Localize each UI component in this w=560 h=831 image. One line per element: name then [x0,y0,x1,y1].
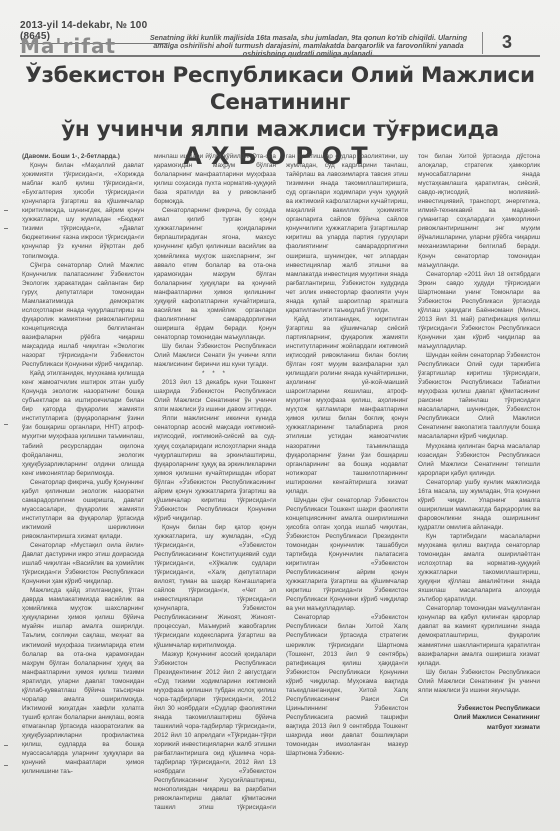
paragraph: Сенаторларнинг фикрича, бу соҳада амал қ… [154,206,276,342]
paragraph: Мазкур Қонуннинг асосий қоидалари Ўзбеки… [154,650,276,812]
paragraph: Сенаторлар «2011 йил 18 октябрдаги Эркин… [418,270,540,351]
signature-line-1: Ўзбекистон Республикаси [418,704,540,714]
article-column-3: ган тузатишлар судлар фаолиятини, шу жум… [286,152,408,812]
article-column-1: (Давоми. Боши 1-, 2-бетларда.) Қонун бил… [22,152,144,812]
paragraph: тон билан Хитой ўртасида дўстона алоқала… [418,152,540,270]
paragraph: Шу билан Ўзбекистон Республикаси Олий Ма… [154,342,276,369]
masthead-rule [20,55,540,57]
paragraph: Мажлисда қайд этилганидек, ўтган даврда … [22,586,144,776]
margin-mark [4,228,8,229]
paragraph: Сенаторлар ушбу кунлик мажлисида 16та ма… [418,478,540,532]
page-number: 3 [502,32,512,53]
paragraph: Кун тартибидаги масалаларни муҳокама қил… [418,532,540,604]
paragraph: Шундан сўнг сенаторлар Ўзбекистон Респуб… [286,496,408,614]
headline-line-2: ўн учинчи ялпи мажлиси тўғрисида [10,116,550,143]
paragraph: Муҳокама қилинган барча масалалар юзасид… [418,442,540,478]
newspaper-page: 2013-yil 14-dekabr, № 100 (8645) Ma'rifa… [0,0,560,831]
paragraph: Қонун билан бир қатор қонун ҳужжатларига… [154,523,276,650]
article-column-4: тон билан Хитой ўртасида дўстона алоқала… [418,152,540,812]
paragraph: Сенаторлар томонидан маъқулланган қонунл… [418,604,540,667]
article-body: (Давоми. Боши 1-, 2-бетларда.) Қонун бил… [22,152,542,812]
margin-mark [4,745,8,746]
paragraph: Шундан кейин сенаторлар Ўзбекистон Респу… [418,351,540,441]
paragraph: Қайд этилганидек, муҳокама қилишда кенг … [22,369,144,478]
page-number-divider [482,32,483,54]
headline-line-1: Ўзбекистон Республикаси Олий Мажлиси Сен… [10,62,550,116]
margin-mark [4,424,8,425]
paragraph: Сенаторлар фикрича, ушбу Қонуннинг қабул… [22,478,144,541]
paragraph: минлаш ишлари йўлга қўйилди. Ота-она қар… [154,152,276,206]
paragraph: Ялпи мажлиснинг иккинчи кунида сенаторла… [154,414,276,523]
section-separator: * * * [154,369,276,378]
paragraph: Сўнгра сенаторлар Олий Мажлис Қонунчилик… [22,261,144,370]
paragraph: Сенаторлар «Ўзбекистон Республикаси била… [286,613,408,758]
paragraph: Қонун билан «Маҳаллий давлат ҳокимияти т… [22,161,144,261]
paragraph: Шу билан Ўзбекистон Республикаси Олий Ма… [418,668,540,695]
paragraph: Қайд этилганидек, киритилган ўзгартиш ва… [286,315,408,496]
margin-mark [4,210,8,211]
article-signature: Ўзбекистон Республикаси Олий Мажлиси Сен… [418,704,540,733]
paragraph: Сенаторлар «Мустақил оила йили» Давлат д… [22,541,144,586]
article-column-2: минлаш ишлари йўлга қўйилди. Ота-она қар… [154,152,276,812]
masthead: 2013-yil 14-dekabr, № 100 (8645) Ma'rifa… [20,20,540,56]
paragraph: ган тузатишлар судлар фаолиятини, шу жум… [286,152,408,315]
signature-line-2: Олий Мажлиси Сенатининг [418,713,540,723]
signature-line-3: матбуот хизмати [418,723,540,733]
continued-note: (Давоми. Боши 1-, 2-бетларда.) [22,152,144,161]
paragraph: 2013 йил 13 декабрь куни Тошкент шаҳрида… [154,378,276,414]
margin-mark [4,765,8,766]
